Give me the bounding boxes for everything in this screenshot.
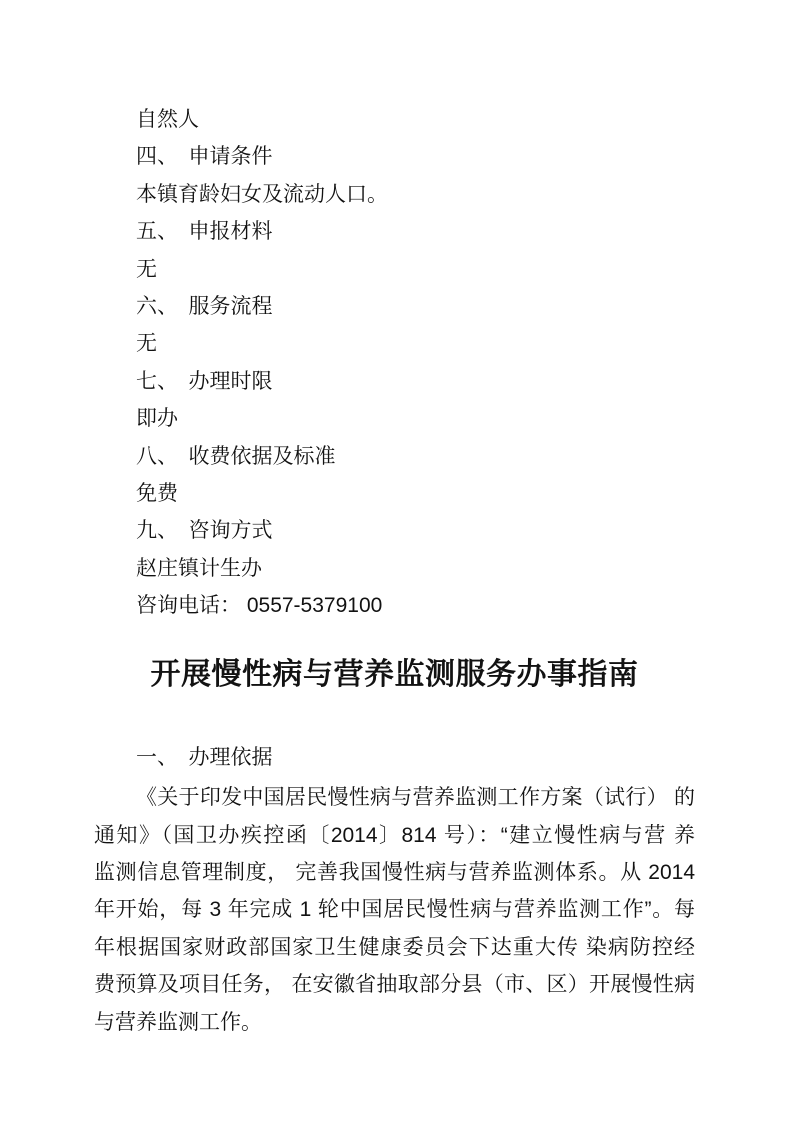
paragraph-line: 年根据国家财政部国家卫生健康委员会下达重大传 染病防控经 [94,929,695,966]
basis-paragraph: 《关于印发中国居民慢性病与营养监测工作方案（试行） 的 通知》（国卫办疾控函〔2… [94,779,695,1041]
doc-line-office-name: 赵庄镇计生办 [94,550,695,587]
section-heading-consultation: 九、 咨询方式 [94,512,695,549]
doc-line-materials-value: 无 [94,251,695,288]
doc-line-phone: 咨询电话： 0557-5379100 [94,587,695,624]
section-heading-basis: 一、 办理依据 [94,739,695,776]
paragraph-line: 《关于印发中国居民慢性病与营养监测工作方案（试行） 的 [94,779,695,816]
section-heading-apply-conditions: 四、 申请条件 [94,138,695,175]
paragraph-line: 年开始，每 3 年完成 1 轮中国居民慢性病与营养监测工作”。每 [94,891,695,928]
doc-line-applicant-type: 自然人 [94,101,695,138]
paragraph-line: 通知》（国卫办疾控函〔2014〕814 号）：“建立慢性病与营 养 [94,817,695,854]
page-title: 开展慢性病与营养监测服务办事指南 [94,652,695,697]
paragraph-line: 费预算及项目任务， 在安徽省抽取部分县（市、区）开展慢性病 [94,966,695,1003]
section-heading-fee-basis: 八、 收费依据及标准 [94,438,695,475]
paragraph-line: 与营养监测工作。 [94,1004,695,1041]
top-section: 自然人 四、 申请条件 本镇育龄妇女及流动人口。 五、 申报材料 无 六、 服务… [94,101,695,625]
doc-line-apply-conditions-value: 本镇育龄妇女及流动人口。 [94,176,695,213]
paragraph-line: 监测信息管理制度， 完善我国慢性病与营养监测体系。从 2014 [94,854,695,891]
section-heading-time-limit: 七、 办理时限 [94,363,695,400]
section-heading-materials: 五、 申报材料 [94,213,695,250]
section-heading-service-flow: 六、 服务流程 [94,288,695,325]
document-page: 自然人 四、 申请条件 本镇育龄妇女及流动人口。 五、 申报材料 无 六、 服务… [0,0,793,1122]
doc-line-time-limit-value: 即办 [94,400,695,437]
doc-line-fee-value: 免费 [94,475,695,512]
doc-line-service-flow-value: 无 [94,325,695,362]
